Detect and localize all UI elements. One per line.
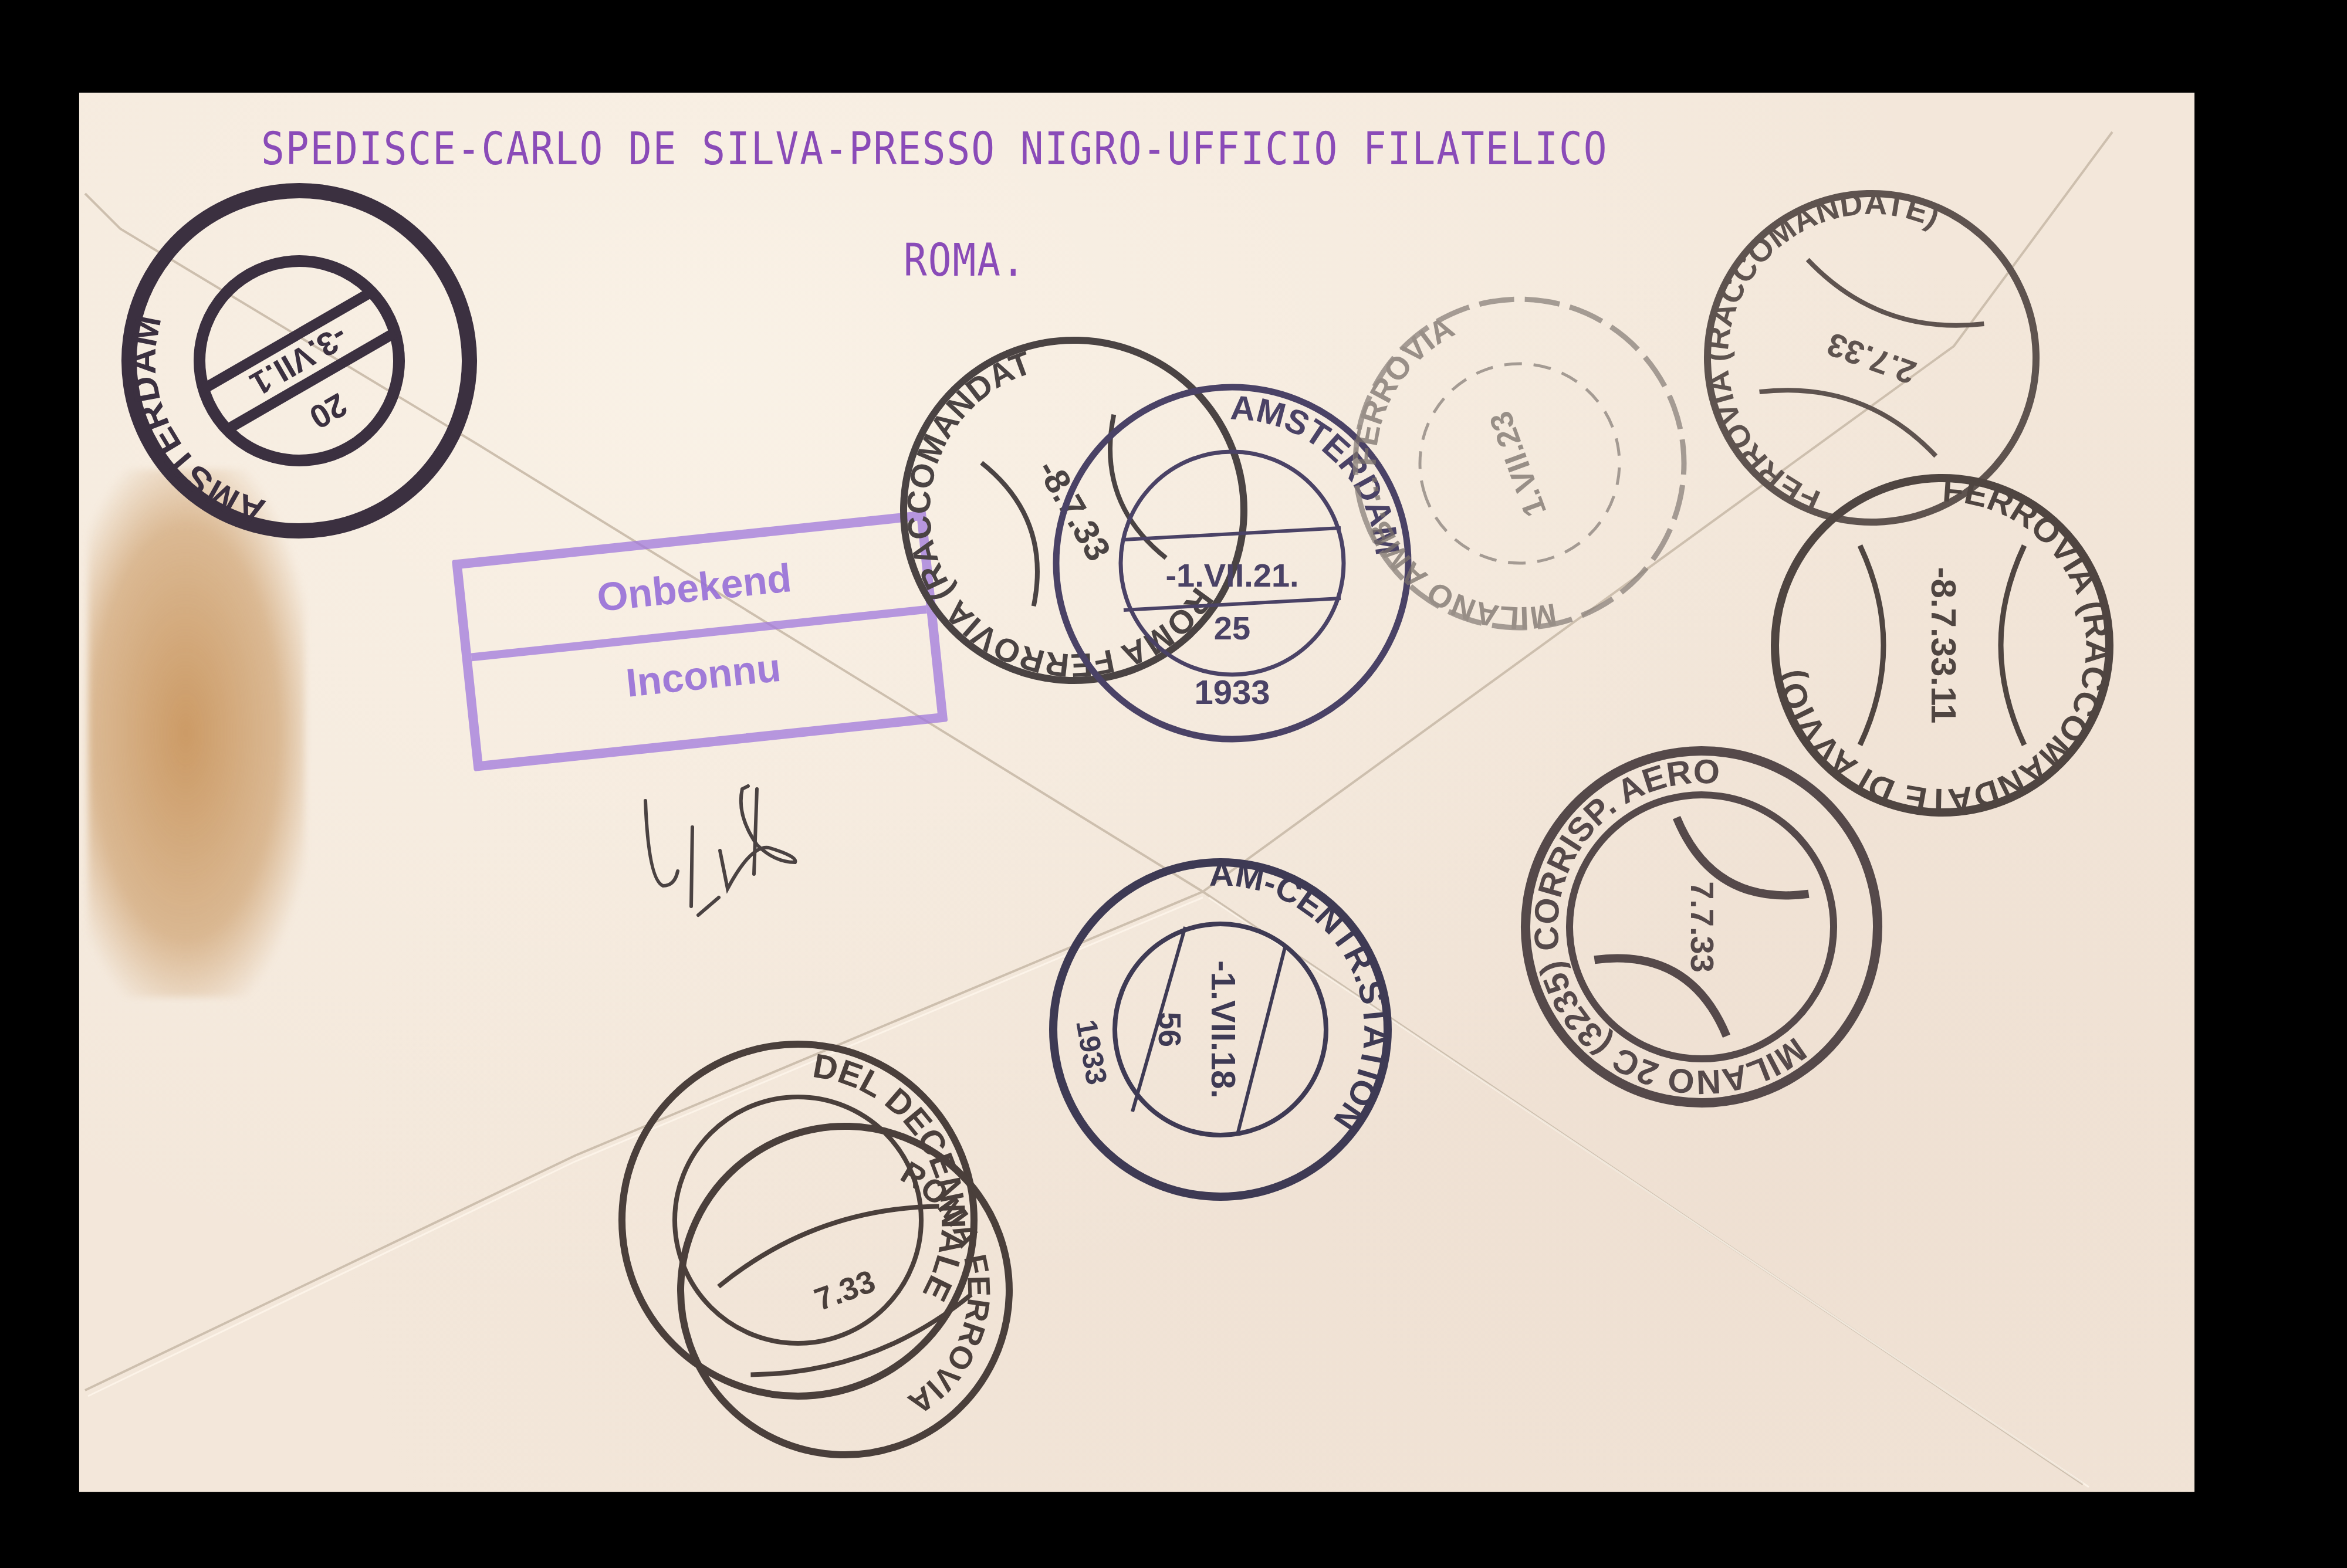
handwritten-mark [0, 0, 2347, 1568]
